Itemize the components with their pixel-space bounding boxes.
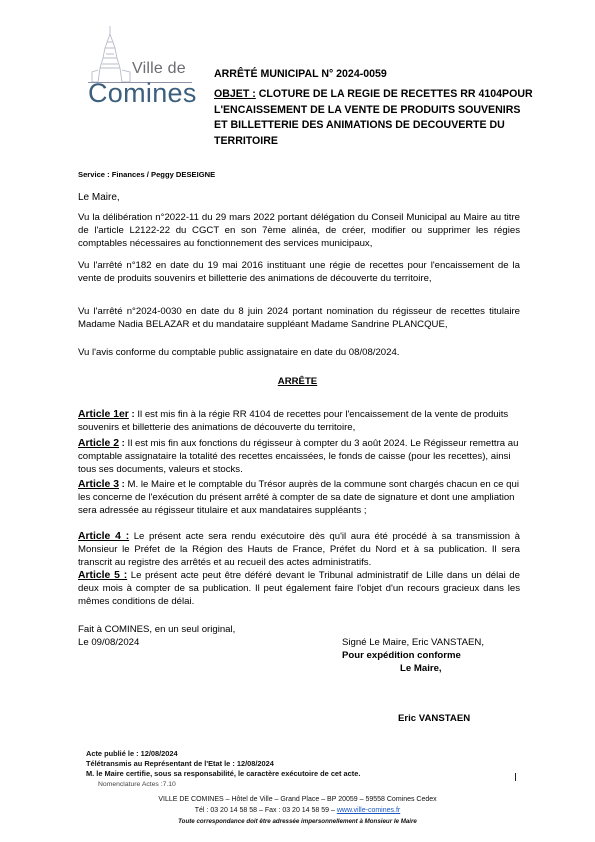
article-text: M. le Maire et le comptable du Trésor au… <box>78 479 519 516</box>
considerant-4: Vu l'avis conforme du comptable public a… <box>78 347 520 360</box>
salutation: Le Maire, <box>78 192 120 203</box>
article-label: Article 2 <box>78 438 119 449</box>
article-3: Article 3 : M. le Maire et le comptable … <box>78 478 520 517</box>
article-text: Il est mis fin à la régie RR 4104 de rec… <box>78 409 508 433</box>
fait-a: Fait à COMINES, en un seul original, <box>78 623 235 636</box>
signer-name: Eric VANSTAEN <box>398 713 470 724</box>
arrete-heading: ARRÊTE <box>0 376 595 387</box>
article-text: Le présent acte sera rendu exécutoire dè… <box>78 531 520 568</box>
website-link[interactable]: www.ville-comines.fr <box>337 807 400 814</box>
article-label: Article 1er <box>78 409 129 420</box>
article-label: Article 5 : <box>78 570 127 581</box>
article-label: Article 4 : <box>78 531 129 542</box>
logo-ville-de: Ville de <box>132 60 186 78</box>
article-5: Article 5 : Le présent acte peut être dé… <box>78 569 520 608</box>
article-1: Article 1er : Il est mis fin à la régie … <box>78 408 520 434</box>
subject-text: CLOTURE DE LA REGIE DE RECETTES RR 4104P… <box>214 88 533 147</box>
article-2: Article 2 : Il est mis fin aux fonctions… <box>78 437 520 476</box>
text-cursor <box>515 773 516 781</box>
article-text: Il est mis fin aux fonctions du régisseu… <box>78 438 518 475</box>
article-text: Le présent acte peut être déféré devant … <box>78 570 520 607</box>
comines-logo: Ville de Comines <box>88 24 203 114</box>
signature-block: Signé Le Maire, Eric VANSTAEN, Pour expé… <box>342 636 484 675</box>
article-4: Article 4 : Le présent acte sera rendu e… <box>78 530 520 569</box>
considerant-1: Vu la délibération n°2022-11 du 29 mars … <box>78 212 520 250</box>
signed-by: Signé Le Maire, Eric VANSTAEN, <box>342 636 484 649</box>
footer-notice: Toute correspondance doit être adressée … <box>0 817 595 827</box>
footer-phone-fax: Tél : 03 20 14 58 58 – Fax : 03 20 14 58… <box>195 807 337 814</box>
document-title: ARRÊTÉ MUNICIPAL N° 2024-0059 <box>214 68 387 80</box>
place-date: Fait à COMINES, en un seul original, Le … <box>78 623 235 649</box>
subject-label: OBJET : <box>214 88 256 100</box>
nomenclature: Nomenclature Actes :7.10 <box>98 781 176 788</box>
considerant-2: Vu l'arrêté n°182 en date du 19 mai 2016… <box>78 260 520 286</box>
certified-copy: Pour expédition conforme <box>342 649 484 662</box>
footer-contact: Tél : 03 20 14 58 58 – Fax : 03 20 14 58… <box>0 806 595 816</box>
service-line: Service : Finances / Peggy DESEIGNE <box>78 170 215 179</box>
footer-address: VILLE DE COMINES – Hôtel de Ville – Gran… <box>0 795 595 805</box>
published-date: Acte publié le : 12/08/2024 <box>86 749 360 759</box>
transmitted-date: Télétransmis au Représentant de l'Etat l… <box>86 759 360 769</box>
signature-date: Le 09/08/2024 <box>78 636 235 649</box>
considerant-3: Vu l'arrêté n°2024-0030 en date du 8 jui… <box>78 306 520 332</box>
executory-statement: M. le Maire certifie, sous sa responsabi… <box>86 769 360 779</box>
logo-comines: Comines <box>88 78 197 109</box>
mayor-title: Le Maire, <box>400 662 484 675</box>
document-subject: OBJET : CLOTURE DE LA REGIE DE RECETTES … <box>214 87 534 149</box>
publication-info: Acte publié le : 12/08/2024 Télétransmis… <box>86 749 360 780</box>
article-label: Article 3 <box>78 479 119 490</box>
